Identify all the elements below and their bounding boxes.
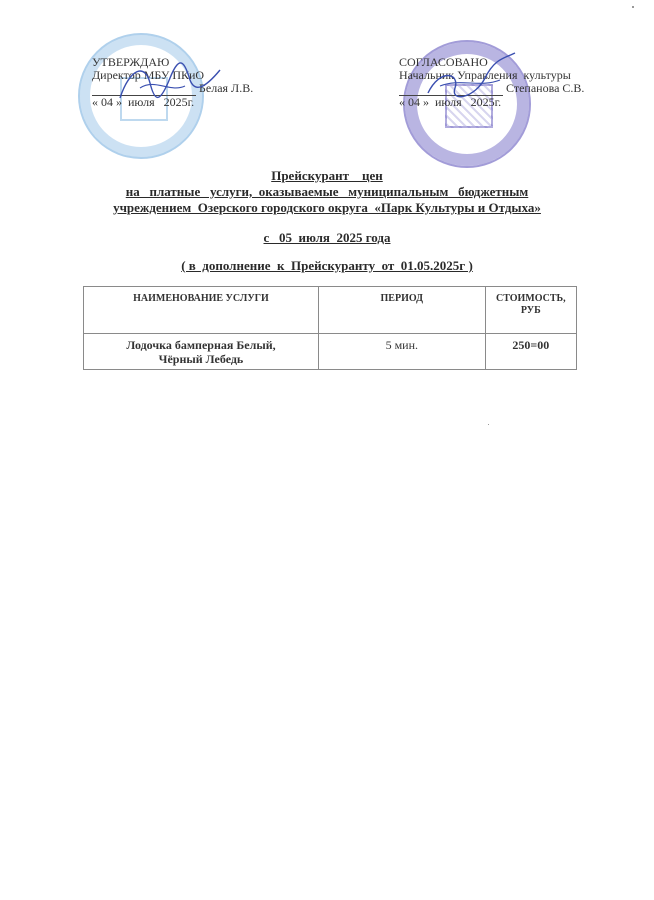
- agreement-date: « 04 » июля 2025г.: [399, 96, 599, 109]
- period-cell: 5 мин.: [318, 334, 485, 370]
- scan-speck: [632, 6, 634, 8]
- approval-signature-line: Белая Л.В.: [92, 82, 292, 96]
- approval-date: « 04 » июля 2025г.: [92, 96, 292, 109]
- header-period: ПЕРИОД: [318, 287, 485, 334]
- document-title: Прейскурант цен: [0, 168, 654, 184]
- document-subtitle-line1: на платные услуги, оказываемые муниципал…: [0, 184, 654, 200]
- table-row: Лодочка бамперная Белый, Чёрный Лебедь 5…: [84, 334, 577, 370]
- approval-block: УТВЕРЖДАЮ Директор МБУ ПКиО Белая Л.В. «…: [92, 56, 292, 109]
- service-name-cell: Лодочка бамперная Белый, Чёрный Лебедь: [84, 334, 319, 370]
- supplement-note: ( в дополнение к Прейскуранту от 01.05.2…: [0, 258, 654, 274]
- service-name-line1: Лодочка бамперная Белый,: [85, 338, 317, 352]
- approval-position: Директор МБУ ПКиО: [92, 69, 292, 82]
- agreement-signature-line: Степанова С.В.: [399, 82, 599, 96]
- price-cell: 250=00: [485, 334, 576, 370]
- agreement-block: СОГЛАСОВАНО Начальник Управления культур…: [399, 56, 599, 109]
- document-subtitle-line2: учреждением Озерского городского округа …: [0, 200, 654, 216]
- header-service-name: НАИМЕНОВАНИЕ УСЛУГИ: [84, 287, 319, 334]
- approval-signer: Белая Л.В.: [199, 81, 253, 95]
- table-header-row: НАИМЕНОВАНИЕ УСЛУГИ ПЕРИОД СТОИМОСТЬ, РУ…: [84, 287, 577, 334]
- price-table: НАИМЕНОВАНИЕ УСЛУГИ ПЕРИОД СТОИМОСТЬ, РУ…: [83, 286, 577, 370]
- effective-date: с 05 июля 2025 года: [0, 230, 654, 246]
- agreement-signer: Степанова С.В.: [506, 81, 584, 95]
- service-name-line2: Чёрный Лебедь: [85, 352, 317, 366]
- scan-speck: [488, 424, 489, 425]
- header-price: СТОИМОСТЬ, РУБ: [485, 287, 576, 334]
